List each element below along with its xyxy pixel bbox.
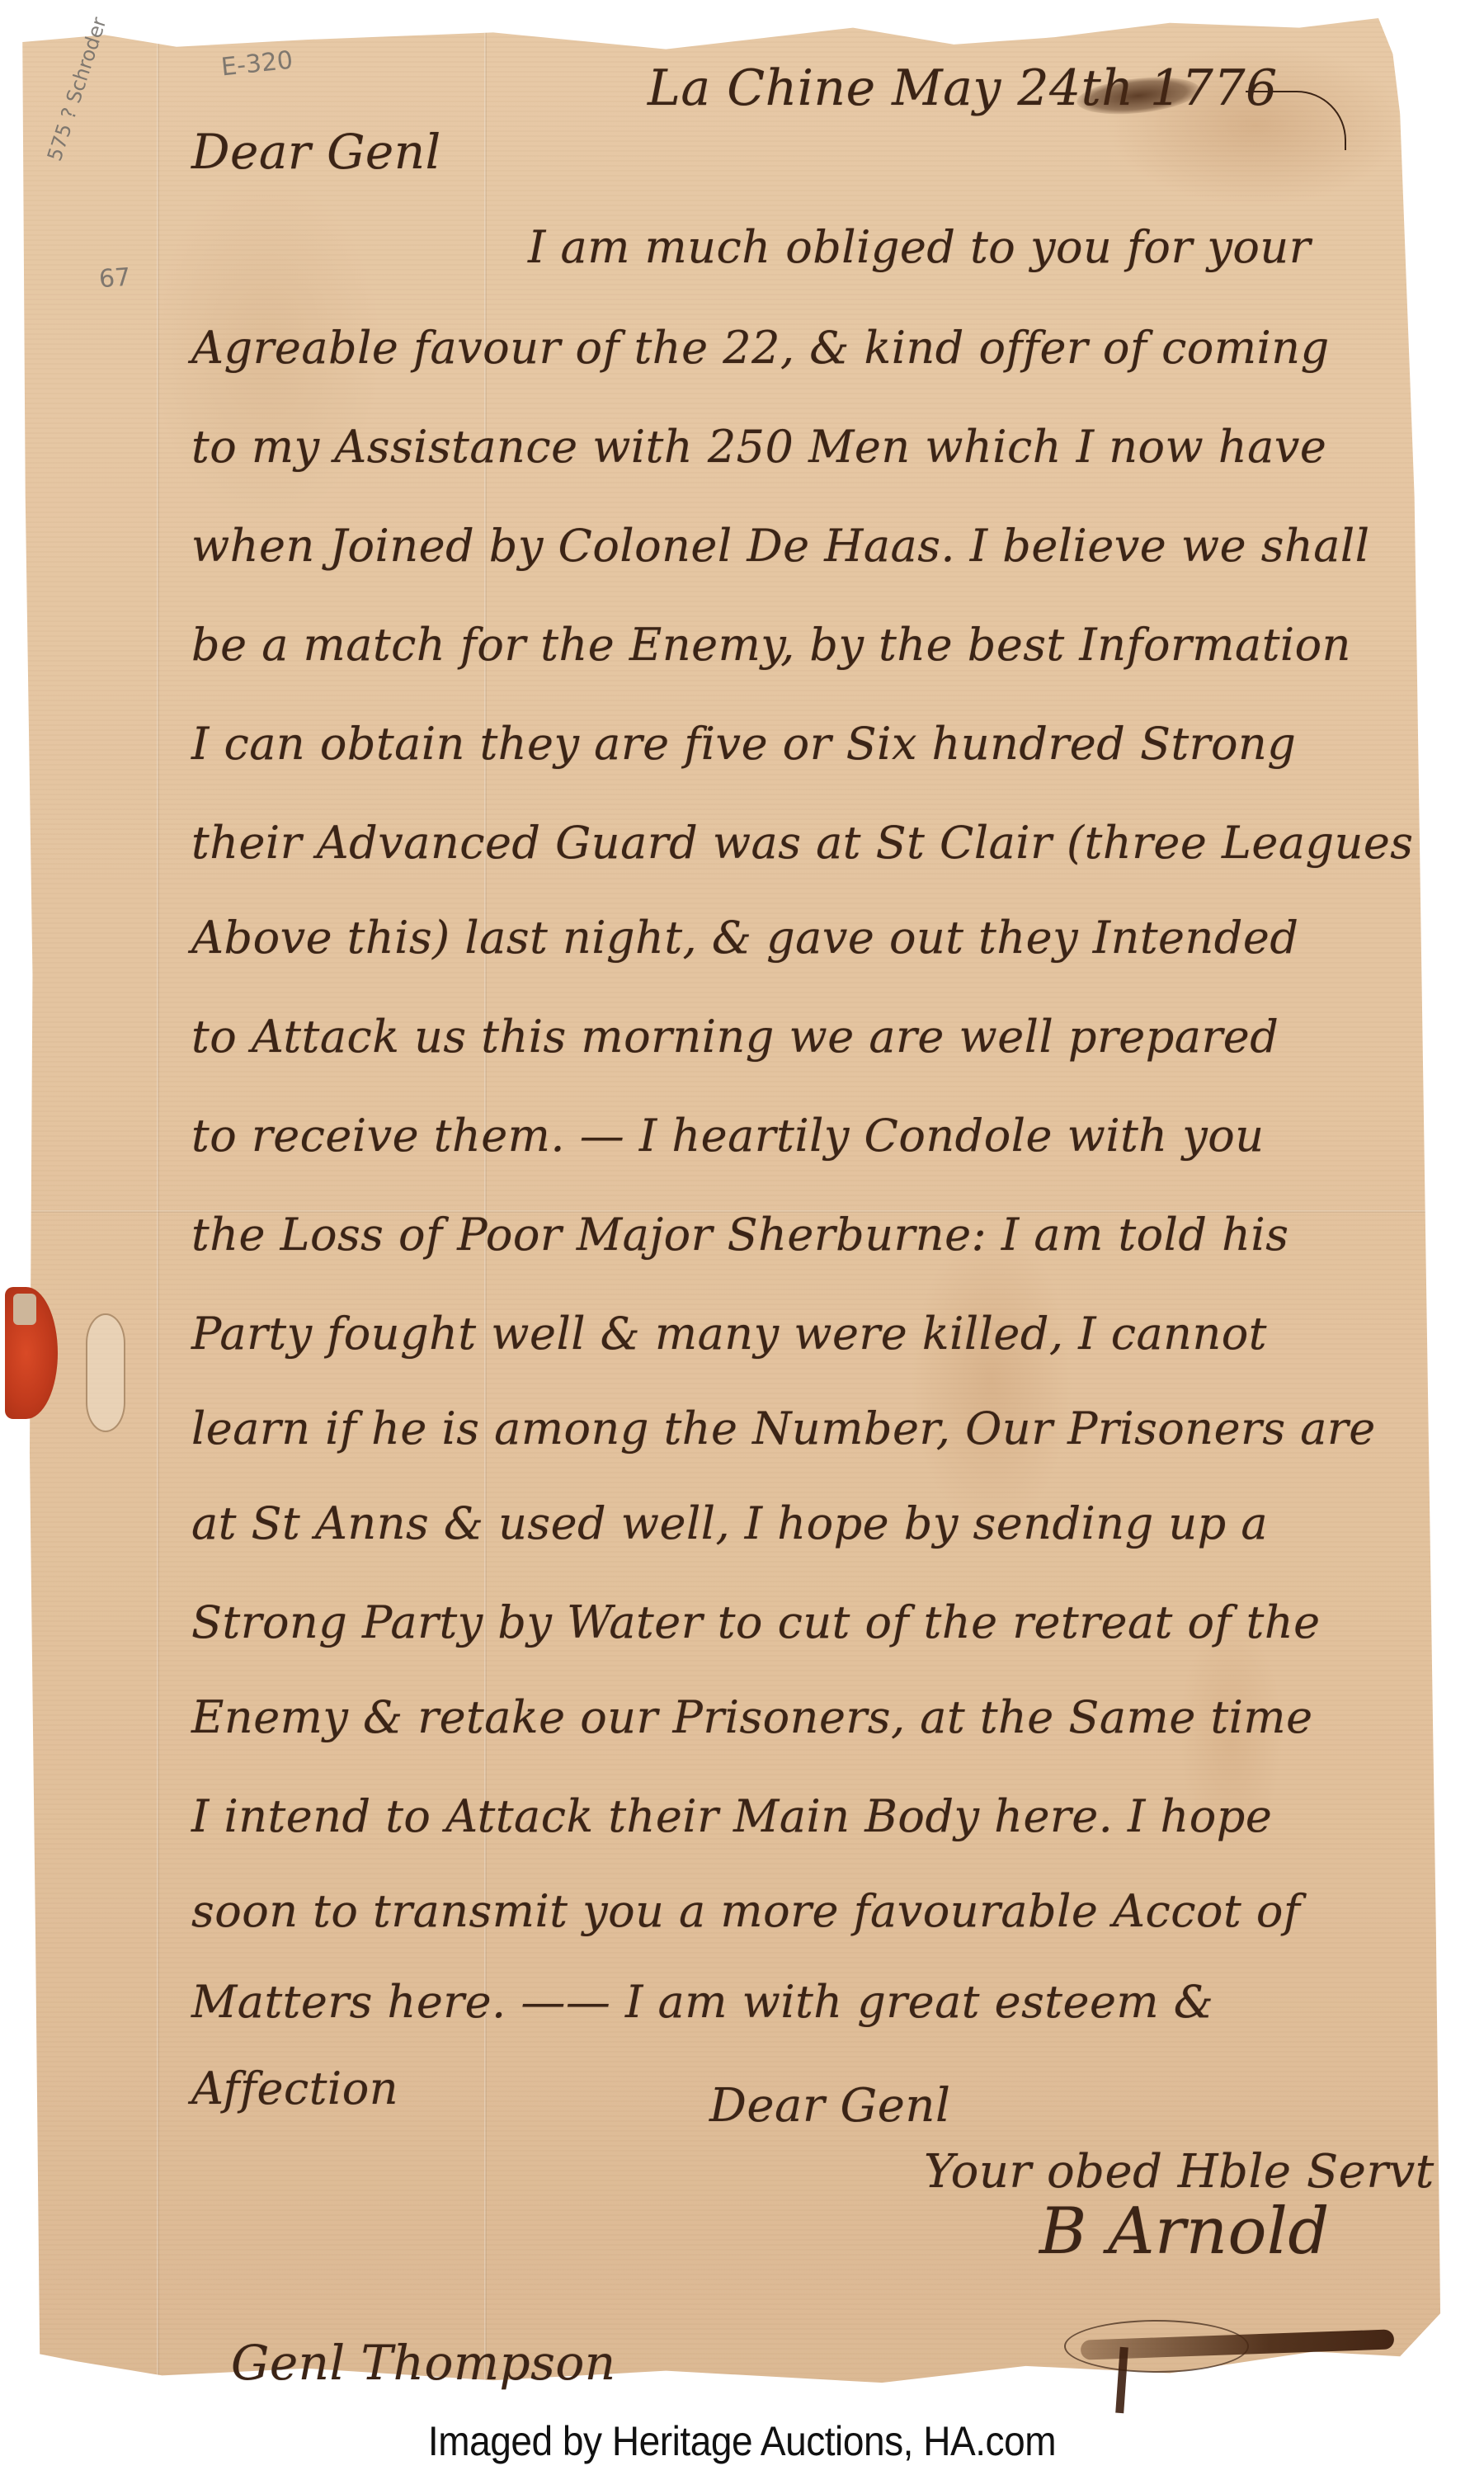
- letter-line: when Joined by Colonel De Haas. I believ…: [191, 520, 1369, 572]
- letter-line: Enemy & retake our Prisoners, at the Sam…: [191, 1691, 1313, 1743]
- letter-line: Above this) last night, & gave out they …: [191, 912, 1298, 964]
- letter-line: at St Anns & used well, I hope by sendin…: [191, 1497, 1268, 1549]
- letter-line: Strong Party by Water to cut of the retr…: [191, 1596, 1321, 1648]
- letter-line: be a match for the Enemy, by the best In…: [191, 619, 1351, 671]
- pencil-margin-note: 67: [98, 263, 132, 295]
- letter-line: to Attack us this morning we are well pr…: [191, 1011, 1279, 1063]
- letter-line: their Advanced Guard was at St Clair (th…: [191, 817, 1414, 869]
- letter-line: the Loss of Poor Major Sherburne: I am t…: [191, 1209, 1288, 1261]
- letter-line: learn if he is among the Number, Our Pri…: [191, 1402, 1376, 1454]
- letter-line: soon to transmit you a more favourable A…: [191, 1885, 1300, 1937]
- salutation: Dear Genl: [191, 124, 441, 180]
- signature: B Arnold: [1039, 2194, 1330, 2269]
- letter-line: I am much obliged to you for your: [528, 221, 1311, 273]
- closing-salutation: Dear Genl: [709, 2079, 950, 2133]
- letter-line: I can obtain they are five or Six hundre…: [191, 718, 1296, 770]
- letter-line: to receive them. — I heartily Condole wi…: [191, 1110, 1265, 1162]
- letter-line: Agreable favour of the 22, & kind offer …: [191, 322, 1330, 374]
- paper-fold: [157, 18, 159, 2409]
- letter-line: Matters here. —— I am with great esteem …: [191, 1976, 1213, 2028]
- image-credit: Imaged by Heritage Auctions, HA.com: [59, 2417, 1425, 2465]
- seal-chip: [13, 1294, 36, 1325]
- seal-tear: [86, 1313, 125, 1432]
- letter-line: Affection: [191, 2062, 398, 2114]
- letter-line: I intend to Attack their Main Body here.…: [191, 1790, 1272, 1842]
- addressee: Genl Thompson: [231, 2335, 616, 2391]
- letter-line: Party fought well & many were killed, I …: [191, 1308, 1267, 1360]
- letter-line: to my Assistance with 250 Men which I no…: [191, 421, 1326, 473]
- valediction: Your obed Hble Servt: [924, 2145, 1435, 2199]
